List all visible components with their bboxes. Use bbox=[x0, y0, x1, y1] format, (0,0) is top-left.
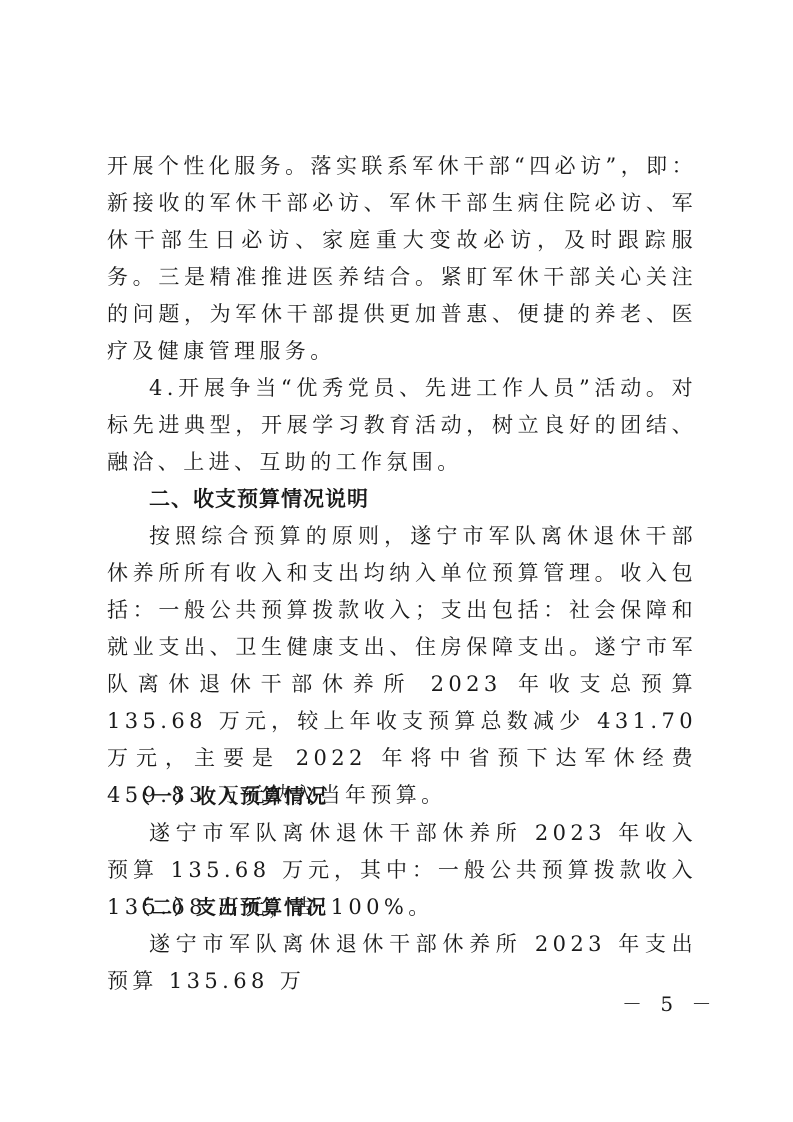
section-heading-budget: 二、收支预算情况说明 bbox=[149, 481, 369, 518]
paragraph-services: 开展个性化服务。落实联系军休干部“四必访”，即：新接收的军休干部必访、军休干部生… bbox=[107, 148, 697, 370]
paragraph-activity: 4.开展争当“优秀党员、先进工作人员”活动。对标先进典型，开展学习教育活动，树立… bbox=[107, 370, 697, 481]
subheading-expenditure: （二）支出预算情况 bbox=[130, 889, 328, 926]
subheading-income: （一）收入预算情况 bbox=[130, 778, 328, 815]
paragraph-budget-overview: 按照综合预算的原则，遂宁市军队离休退休干部休养所所有收入和支出均纳入单位预算管理… bbox=[107, 518, 697, 814]
document-page: 开展个性化服务。落实联系军休干部“四必访”，即：新接收的军休干部必访、军休干部生… bbox=[0, 0, 793, 1122]
paragraph-expenditure: 遂宁市军队离休退休干部休养所 2023 年支出预算 135.68 万 bbox=[107, 926, 697, 1000]
page-number: － 5 － bbox=[622, 988, 717, 1017]
